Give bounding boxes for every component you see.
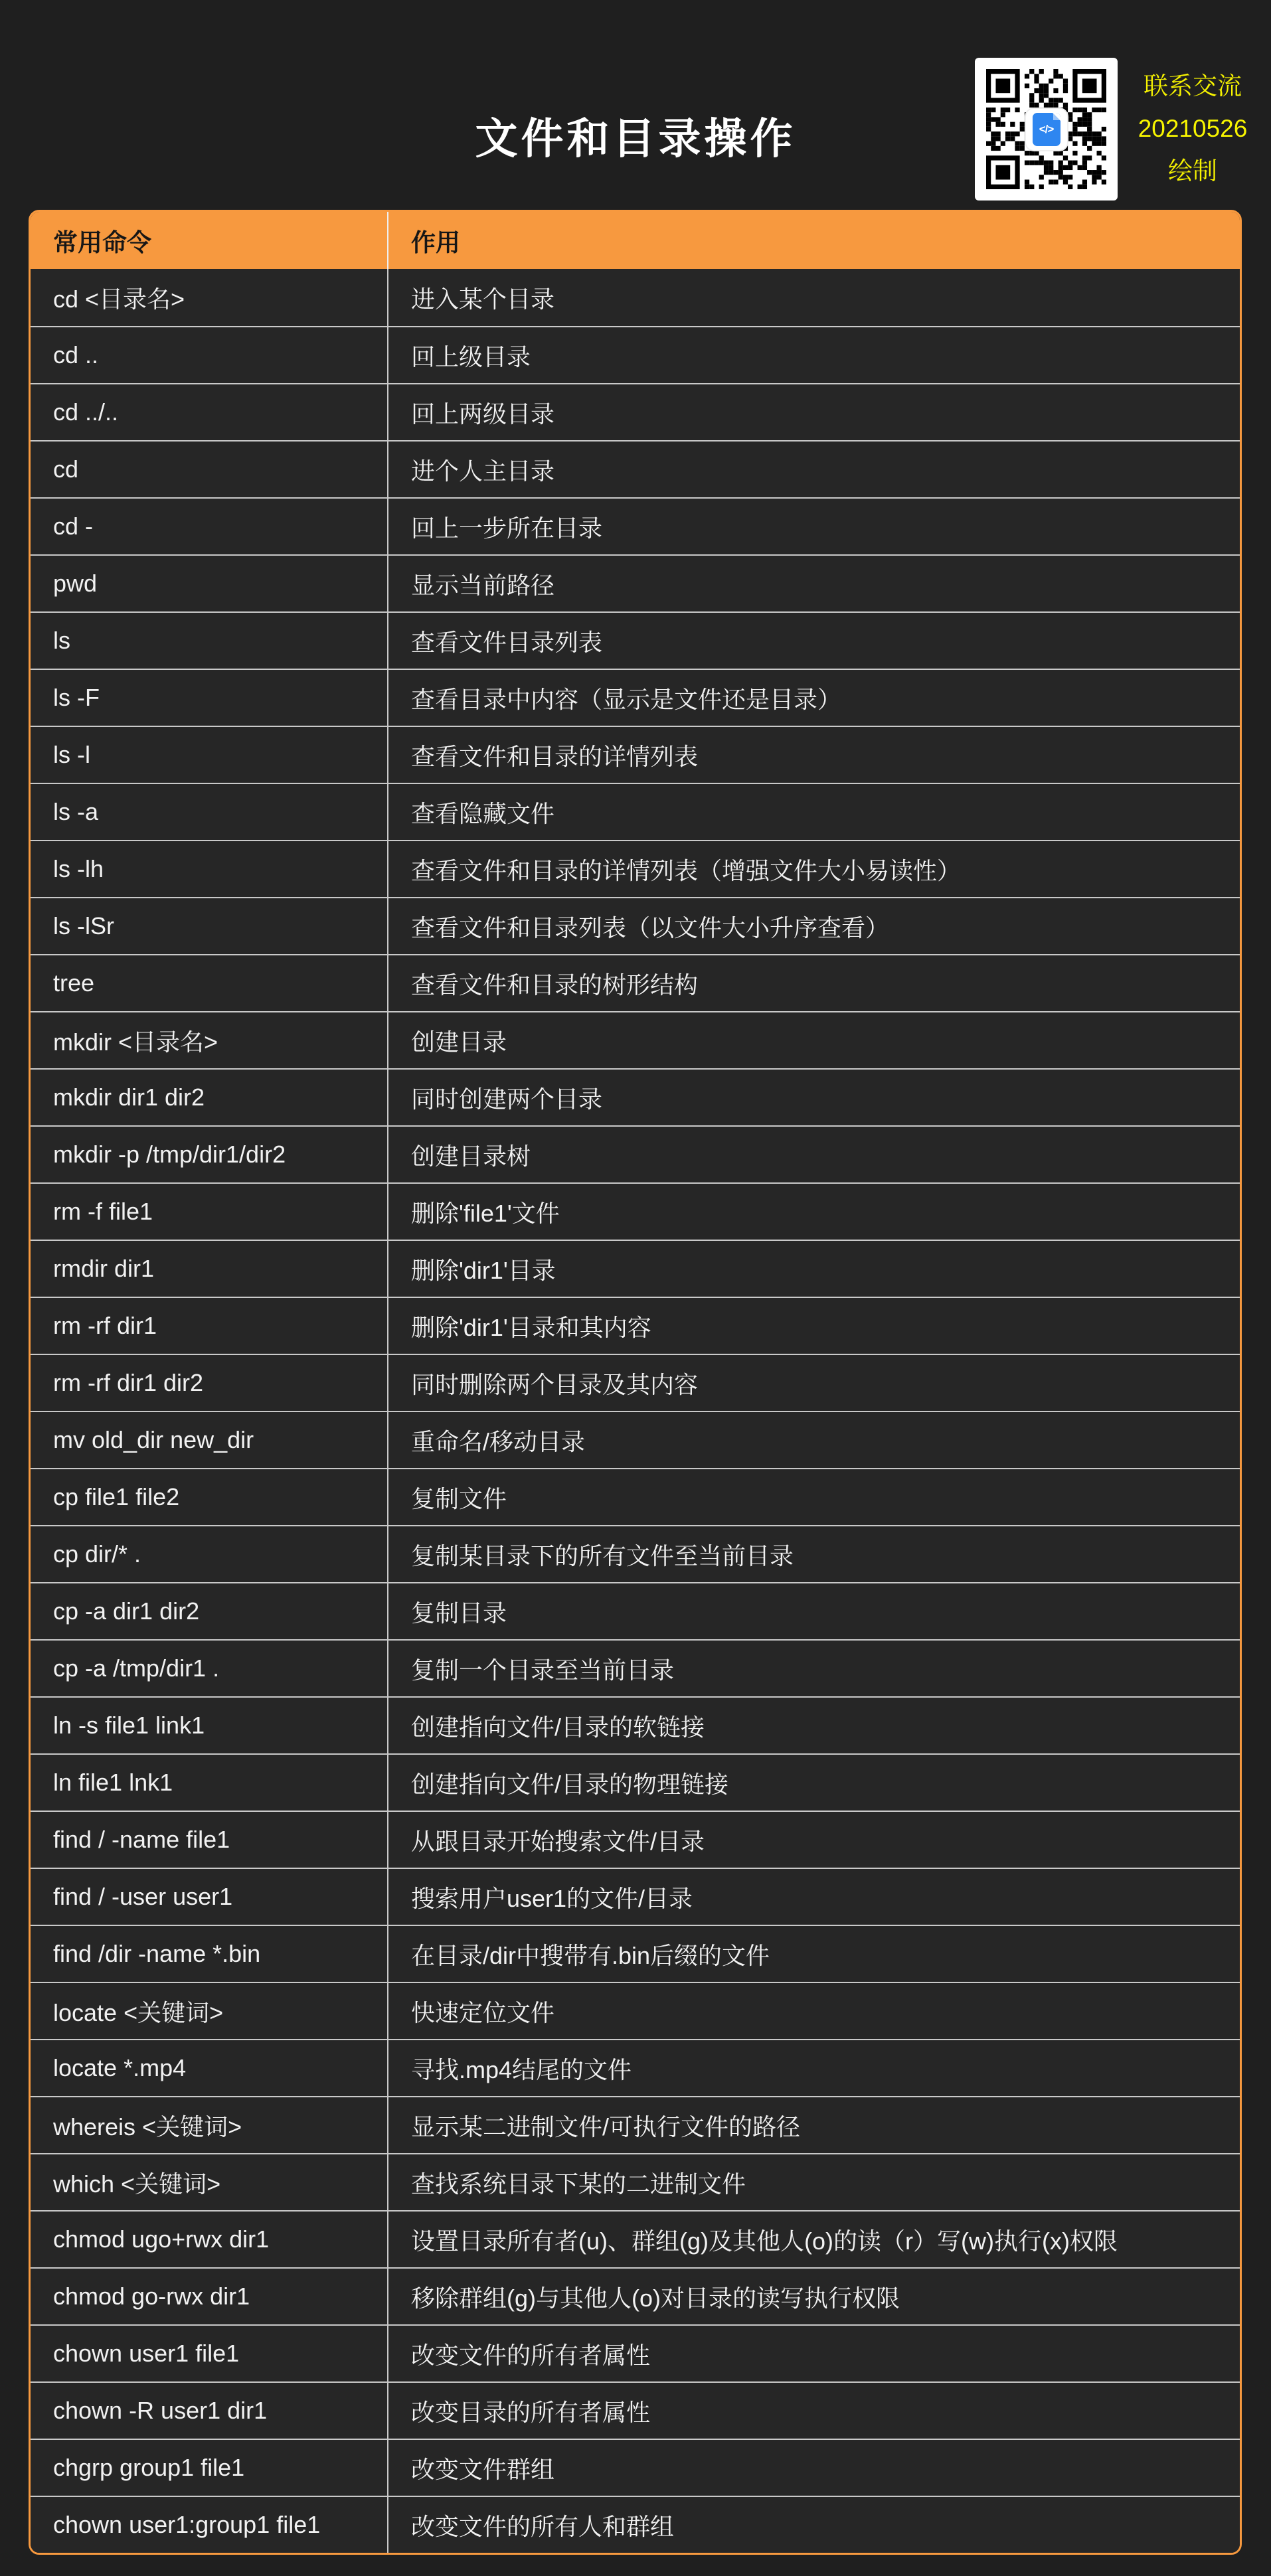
description-cell: 移除群组(g)与其他人(o)对目录的读写执行权限 <box>388 2269 1240 2324</box>
table-body: cd <目录名>进入某个目录cd ..回上级目录cd ../..回上两级目录cd… <box>31 269 1240 2553</box>
table-row: cd <目录名>进入某个目录 <box>31 269 1240 326</box>
table-row: rm -rf dir1删除'dir1'目录和其内容 <box>31 1297 1240 1354</box>
description-cell: 查看文件和目录列表（以文件大小升序查看） <box>388 898 1240 954</box>
table-row: chown -R user1 dir1改变目录的所有者属性 <box>31 2381 1240 2439</box>
qr-side-text: 联系交流 20210526 绘制 <box>1126 65 1259 193</box>
command-cell: find / -user user1 <box>31 1869 388 1925</box>
command-cell: cp -a dir1 dir2 <box>31 1583 388 1639</box>
command-cell: mkdir <目录名> <box>31 1012 388 1068</box>
table-row: ls -F查看目录中内容（显示是文件还是目录） <box>31 669 1240 726</box>
description-cell: 改变文件群组 <box>388 2440 1240 2496</box>
command-cell: cd ../.. <box>31 384 388 440</box>
table-row: ls -lh查看文件和目录的详情列表（增强文件大小易读性） <box>31 840 1240 897</box>
infographic-page: 文件和目录操作 </> 联系交流 20210526 绘制 常用命令 作用 cd … <box>0 0 1271 2576</box>
table-row: locate *.mp4寻找.mp4结尾的文件 <box>31 2039 1240 2096</box>
command-cell: ls -l <box>31 727 388 783</box>
description-cell: 复制目录 <box>388 1583 1240 1639</box>
command-cell: chown user1:group1 file1 <box>31 2497 388 2553</box>
table-row: chown user1 file1改变文件的所有者属性 <box>31 2324 1240 2381</box>
table-row: chgrp group1 file1改变文件群组 <box>31 2439 1240 2496</box>
qr-center-icon: </> <box>1026 109 1067 150</box>
description-cell: 同时删除两个目录及其内容 <box>388 1355 1240 1411</box>
command-cell: tree <box>31 955 388 1011</box>
command-cell: rm -f file1 <box>31 1184 388 1240</box>
command-cell: which <关键词> <box>31 2154 388 2210</box>
command-cell: locate *.mp4 <box>31 2040 388 2096</box>
table-row: ls -lSr查看文件和目录列表（以文件大小升序查看） <box>31 897 1240 954</box>
command-cell: locate <关键词> <box>31 1983 388 2039</box>
description-cell: 设置目录所有者(u)、群组(g)及其他人(o)的读（r）写(w)执行(x)权限 <box>388 2212 1240 2267</box>
table-row: mkdir <目录名>创建目录 <box>31 1011 1240 1068</box>
table-row: locate <关键词>快速定位文件 <box>31 1982 1240 2039</box>
table-row: find /dir -name *.bin在目录/dir中搜带有.bin后缀的文… <box>31 1925 1240 1982</box>
description-cell: 查看文件目录列表 <box>388 613 1240 669</box>
command-cell: ln -s file1 link1 <box>31 1698 388 1753</box>
command-cell: cd - <box>31 499 388 554</box>
command-cell: rm -rf dir1 dir2 <box>31 1355 388 1411</box>
command-cell: find /dir -name *.bin <box>31 1926 388 1982</box>
command-cell: chgrp group1 file1 <box>31 2440 388 2496</box>
command-cell: cd <目录名> <box>31 269 388 326</box>
command-cell: ls -lh <box>31 841 388 897</box>
command-cell: mkdir -p /tmp/dir1/dir2 <box>31 1127 388 1182</box>
table-row: which <关键词>查找系统目录下某的二进制文件 <box>31 2153 1240 2210</box>
description-cell: 回上两级目录 <box>388 384 1240 440</box>
code-glyph: </> <box>1039 123 1054 136</box>
command-cell: chmod ugo+rwx dir1 <box>31 2212 388 2267</box>
command-cell: cd .. <box>31 327 388 383</box>
table-header-row: 常用命令 作用 <box>31 212 1240 269</box>
description-cell: 显示某二进制文件/可执行文件的路径 <box>388 2097 1240 2153</box>
description-cell: 回上级目录 <box>388 327 1240 383</box>
table-row: cd ..回上级目录 <box>31 326 1240 383</box>
description-cell: 查看文件和目录的详情列表（增强文件大小易读性） <box>388 841 1240 897</box>
header-cell-action: 作用 <box>388 212 1240 269</box>
description-cell: 寻找.mp4结尾的文件 <box>388 2040 1240 2096</box>
description-cell: 创建指向文件/目录的软链接 <box>388 1698 1240 1753</box>
description-cell: 查找系统目录下某的二进制文件 <box>388 2154 1240 2210</box>
table-row: ls -l查看文件和目录的详情列表 <box>31 726 1240 783</box>
table-row: tree查看文件和目录的树形结构 <box>31 954 1240 1011</box>
table-row: rm -rf dir1 dir2同时删除两个目录及其内容 <box>31 1354 1240 1411</box>
command-cell: ls -F <box>31 670 388 726</box>
description-cell: 删除'dir1'目录和其内容 <box>388 1298 1240 1354</box>
description-cell: 搜索用户user1的文件/目录 <box>388 1869 1240 1925</box>
description-cell: 进入某个目录 <box>388 269 1240 326</box>
description-cell: 查看文件和目录的树形结构 <box>388 955 1240 1011</box>
description-cell: 回上一步所在目录 <box>388 499 1240 554</box>
table-row: mv old_dir new_dir重命名/移动目录 <box>31 1411 1240 1468</box>
table-row: pwd显示当前路径 <box>31 554 1240 611</box>
table-row: cd -回上一步所在目录 <box>31 497 1240 554</box>
description-cell: 查看隐藏文件 <box>388 784 1240 840</box>
description-cell: 进个人主目录 <box>388 442 1240 497</box>
command-cell: whereis <关键词> <box>31 2097 388 2153</box>
description-cell: 查看文件和目录的详情列表 <box>388 727 1240 783</box>
table-row: cp -a /tmp/dir1 .复制一个目录至当前目录 <box>31 1639 1240 1696</box>
table-row: cp dir/* .复制某目录下的所有文件至当前目录 <box>31 1525 1240 1582</box>
command-cell: ls -a <box>31 784 388 840</box>
command-cell: ls <box>31 613 388 669</box>
command-cell: rmdir dir1 <box>31 1241 388 1297</box>
description-cell: 复制文件 <box>388 1469 1240 1525</box>
command-cell: chmod go-rwx dir1 <box>31 2269 388 2324</box>
command-cell: pwd <box>31 556 388 611</box>
qr-side-line-3: 绘制 <box>1126 150 1259 193</box>
description-cell: 删除'file1'文件 <box>388 1184 1240 1240</box>
qr-code: </> <box>975 58 1118 201</box>
description-cell: 删除'dir1'目录 <box>388 1241 1240 1297</box>
description-cell: 显示当前路径 <box>388 556 1240 611</box>
table-row: chown user1:group1 file1改变文件的所有人和群组 <box>31 2496 1240 2553</box>
table-row: ls查看文件目录列表 <box>31 611 1240 669</box>
table-row: chmod go-rwx dir1移除群组(g)与其他人(o)对目录的读写执行权… <box>31 2267 1240 2324</box>
command-cell: cp -a /tmp/dir1 . <box>31 1641 388 1696</box>
command-cell: ln file1 lnk1 <box>31 1755 388 1811</box>
table-row: whereis <关键词>显示某二进制文件/可执行文件的路径 <box>31 2096 1240 2153</box>
table-row: mkdir -p /tmp/dir1/dir2创建目录树 <box>31 1125 1240 1182</box>
table-row: cd ../..回上两级目录 <box>31 383 1240 440</box>
description-cell: 重命名/移动目录 <box>388 1412 1240 1468</box>
description-cell: 复制某目录下的所有文件至当前目录 <box>388 1526 1240 1582</box>
command-cell: ls -lSr <box>31 898 388 954</box>
commands-table: 常用命令 作用 cd <目录名>进入某个目录cd ..回上级目录cd ../..… <box>29 210 1242 2555</box>
table-row: ln -s file1 link1创建指向文件/目录的软链接 <box>31 1696 1240 1753</box>
table-row: find / -user user1搜索用户user1的文件/目录 <box>31 1868 1240 1925</box>
table-row: ln file1 lnk1创建指向文件/目录的物理链接 <box>31 1753 1240 1811</box>
command-cell: mv old_dir new_dir <box>31 1412 388 1468</box>
table-row: mkdir dir1 dir2同时创建两个目录 <box>31 1068 1240 1125</box>
table-row: chmod ugo+rwx dir1设置目录所有者(u)、群组(g)及其他人(o… <box>31 2210 1240 2267</box>
table-row: rm -f file1删除'file1'文件 <box>31 1182 1240 1240</box>
qr-side-line-1: 联系交流 <box>1126 65 1259 108</box>
table-row: ls -a查看隐藏文件 <box>31 783 1240 840</box>
command-cell: cp dir/* . <box>31 1526 388 1582</box>
description-cell: 改变文件的所有人和群组 <box>388 2497 1240 2553</box>
table-row: cp -a dir1 dir2复制目录 <box>31 1582 1240 1639</box>
table-row: find / -name file1从跟目录开始搜索文件/目录 <box>31 1811 1240 1868</box>
description-cell: 创建目录 <box>388 1012 1240 1068</box>
description-cell: 改变文件的所有者属性 <box>388 2326 1240 2381</box>
table-row: cp file1 file2复制文件 <box>31 1468 1240 1525</box>
description-cell: 复制一个目录至当前目录 <box>388 1641 1240 1696</box>
description-cell: 快速定位文件 <box>388 1983 1240 2039</box>
description-cell: 创建目录树 <box>388 1127 1240 1182</box>
command-cell: rm -rf dir1 <box>31 1298 388 1354</box>
description-cell: 查看目录中内容（显示是文件还是目录） <box>388 670 1240 726</box>
command-cell: mkdir dir1 dir2 <box>31 1070 388 1125</box>
table-row: cd进个人主目录 <box>31 440 1240 497</box>
description-cell: 在目录/dir中搜带有.bin后缀的文件 <box>388 1926 1240 1982</box>
header-cell-command: 常用命令 <box>31 212 388 269</box>
command-cell: cd <box>31 442 388 497</box>
command-cell: cp file1 file2 <box>31 1469 388 1525</box>
command-cell: chown -R user1 dir1 <box>31 2383 388 2439</box>
description-cell: 同时创建两个目录 <box>388 1070 1240 1125</box>
description-cell: 创建指向文件/目录的物理链接 <box>388 1755 1240 1811</box>
description-cell: 改变目录的所有者属性 <box>388 2383 1240 2439</box>
code-file-icon: </> <box>1033 113 1060 146</box>
command-cell: find / -name file1 <box>31 1812 388 1868</box>
qr-side-line-2: 20210526 <box>1126 108 1259 150</box>
description-cell: 从跟目录开始搜索文件/目录 <box>388 1812 1240 1868</box>
table-row: rmdir dir1删除'dir1'目录 <box>31 1240 1240 1297</box>
command-cell: chown user1 file1 <box>31 2326 388 2381</box>
